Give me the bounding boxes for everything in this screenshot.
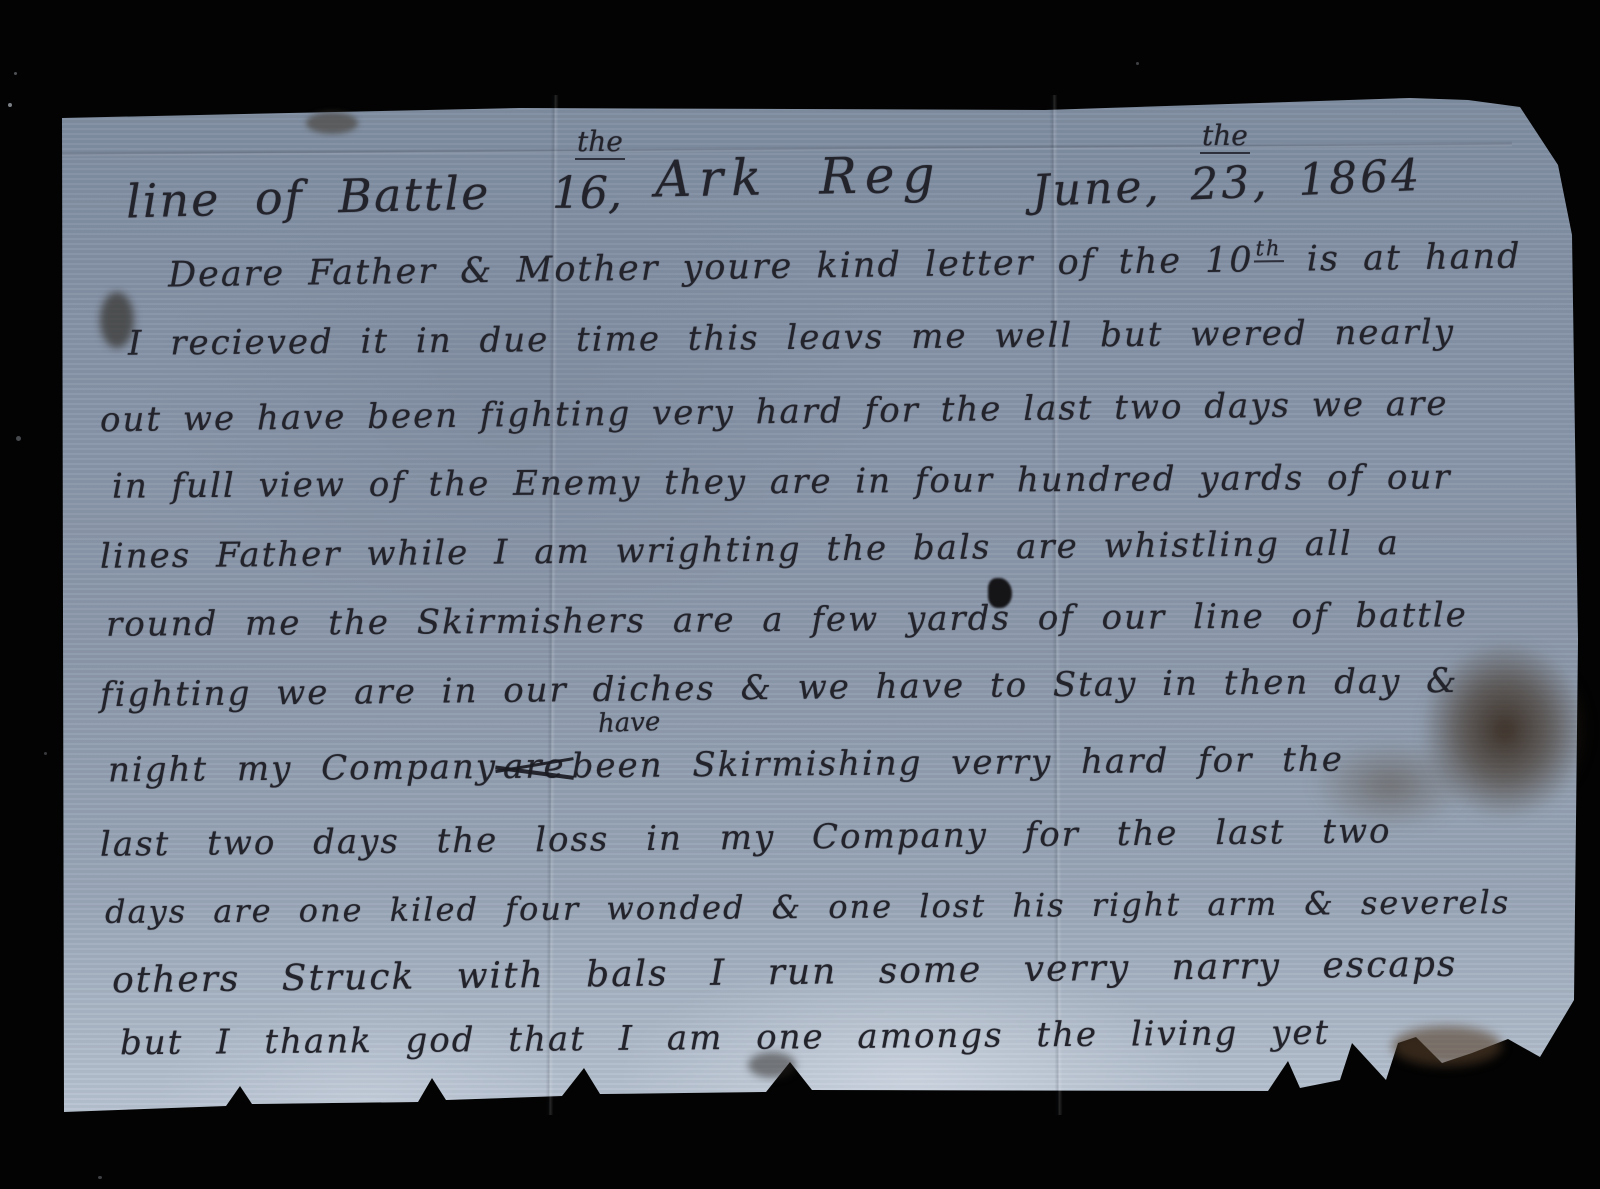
stain-bottom-right [1392, 1026, 1502, 1066]
salutation-text-end: is at hand [1306, 237, 1521, 280]
stain-top-edge [306, 112, 358, 134]
letter-heading-regiment-number: 16, [552, 168, 622, 219]
dust-speck [98, 1176, 102, 1179]
dust-speck [44, 752, 47, 755]
letter-heading-regiment-unit: Ark Reg [655, 145, 943, 208]
scan-background: line of Battle 16, the Ark Reg June, 23,… [0, 0, 1600, 1189]
letter-heading-date-superscript: the [1200, 119, 1250, 154]
line-9-text-end: been Skirmishing verry hard for the [572, 740, 1345, 787]
dust-speck [1136, 62, 1139, 65]
line-9-struck-word: are [503, 746, 566, 787]
letter-line-9-insertion: have [597, 707, 660, 739]
dust-speck [16, 436, 21, 441]
line-9-text: night my Company [108, 747, 497, 790]
dust-speck [8, 103, 12, 107]
letter-heading-place: line of Battle [125, 166, 491, 229]
dust-speck [14, 72, 17, 75]
salutation-superscript: th [1253, 236, 1283, 262]
letter-heading-regiment-superscript: the [575, 125, 625, 160]
